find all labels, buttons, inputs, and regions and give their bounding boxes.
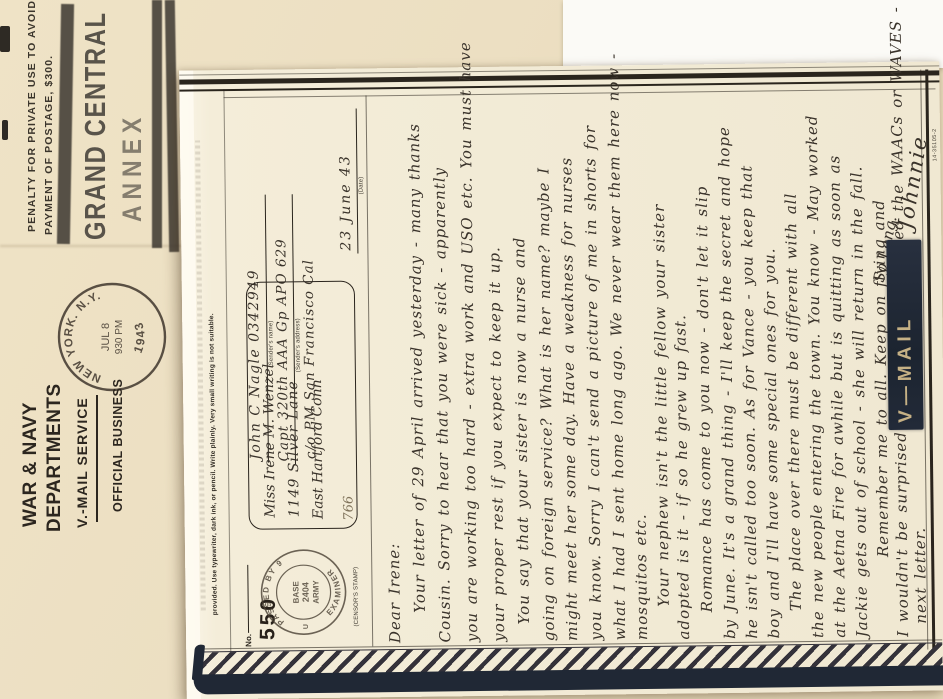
date-label: (Date) — [358, 177, 364, 195]
censor-arc-bottom: EXAMINER — [324, 566, 343, 617]
letter-line: boy and I'll have some special ones for … — [760, 247, 783, 638]
letter-line: Your letter of 29 April arrived yesterda… — [405, 123, 429, 613]
censor-base: BASE — [291, 580, 300, 603]
cancel-bar — [152, 0, 162, 248]
form-number: 14-35105-2 — [932, 128, 938, 161]
letter-line: Dear Irene: — [385, 543, 404, 644]
scanned-vmail-document: PENALTY FOR PRIVATE USE TO AVOID PAYMENT… — [0, 0, 943, 699]
form-instruction-text: provided. Use typewriter, dark ink, or p… — [208, 313, 219, 615]
letter-line: he isn't called too soon. As for Vance -… — [737, 165, 761, 639]
letter-line: Romance has come to you now - don't let … — [693, 186, 716, 613]
paper-speck — [2, 120, 8, 140]
paper-speck — [0, 26, 10, 52]
corner-card-rule — [96, 395, 98, 522]
svg-text:NEW YORK. N.Y.: NEW YORK. N.Y. — [63, 290, 103, 385]
letter-line: mosquitos etc. — [632, 513, 652, 640]
postmark-year: 1943 — [131, 319, 148, 355]
censor-army: ARMY — [311, 580, 320, 604]
letter-line: Jackie gets out of school - she will ret… — [847, 166, 871, 638]
letter-line: You say that your sister is now a nurse … — [510, 237, 533, 625]
censor-number-label: No. — [244, 634, 253, 647]
censor-number-line — [247, 565, 249, 633]
letter-line: what I had I sent home long ago. We neve… — [604, 53, 629, 641]
letter-line: the new people entering the town. You kn… — [803, 114, 827, 638]
corner-card-vmail-service: V.-MAIL SERVICE — [74, 397, 90, 528]
cancel-stamp-grand-central: GRAND CENTRAL — [80, 11, 113, 240]
letter-line: adopted is it - if so he grew up fast. — [671, 314, 693, 640]
postmark-date: JUL 8 — [100, 323, 112, 351]
letter-line: your proper rest if you expect to keep i… — [485, 246, 508, 642]
svg-text:1943: 1943 — [131, 319, 148, 355]
letter-line: Your nephew isn't the little fellow your… — [650, 204, 673, 607]
censor-stamp: PASSED BY 9 U BASE 2404 ARMY EXAMINER — [257, 546, 350, 639]
postmark-city: NEW YORK. N.Y. — [63, 290, 103, 385]
svg-text:EXAMINER: EXAMINER — [324, 566, 343, 617]
date-handwriting: 23 June 43 — [337, 154, 354, 251]
vmail-label-text: V—MAIL — [894, 315, 917, 423]
corner-card-official-business: OFFICIAL BUSINESS — [111, 379, 125, 512]
penalty-notice-line2: PAYMENT OF POSTAGE, $300. — [43, 55, 55, 235]
censor-side-letter: U — [303, 624, 310, 629]
letter-line: The place over there must be different w… — [782, 193, 805, 612]
penalty-notice-line1: PENALTY FOR PRIVATE USE TO AVOID — [26, 0, 38, 232]
form-header-rule — [224, 88, 936, 98]
corner-card-war-navy: WAR & NAVY — [20, 402, 42, 527]
svg-text:PASSED BY 9: PASSED BY 9 — [261, 558, 286, 628]
letter-line: might meet her some day. Have a weakness… — [557, 157, 581, 641]
pencil-note: 766 — [341, 496, 356, 521]
censor-base-number: 2404 — [300, 582, 310, 602]
censor-stamp-label: (CENSOR'S STAMP) — [353, 567, 360, 627]
recipient-name: Miss Irene M. Wenzel — [261, 364, 279, 518]
censor-arc-top: PASSED BY 9 — [261, 558, 286, 628]
cancel-stamp-annex: ANNEX — [117, 112, 148, 222]
corner-card-departments: DEPARTMENTS — [44, 383, 66, 532]
letter-line: at the Aetna Fire for awhile but is quit… — [825, 155, 849, 638]
letter-line: by June. It's a grand thing - I'll keep … — [715, 126, 739, 639]
form-left-rule — [223, 89, 231, 652]
postmark-stamp: NEW YORK. N.Y. JUL 8 930 PM 1943 — [56, 281, 168, 393]
letter-line: going on foreign service? What is her na… — [534, 167, 558, 642]
letter-line: Cousin. Sorry to hear that you were sick… — [430, 167, 454, 643]
vmail-form: provided. Use typewriter, dark ink, or p… — [179, 61, 943, 699]
letter-line: you know. Sorry I can't send a picture o… — [581, 125, 605, 641]
letter-line: you are working too hard - extra work an… — [456, 41, 481, 642]
header-body-separator — [366, 95, 374, 646]
vmail-label: V—MAIL — [886, 240, 923, 430]
recipient-street: 1149 Silver Lane — [285, 380, 303, 517]
postmark-time: 930 PM — [114, 320, 125, 354]
recipient-city: East Hartford Conn — [309, 379, 327, 519]
